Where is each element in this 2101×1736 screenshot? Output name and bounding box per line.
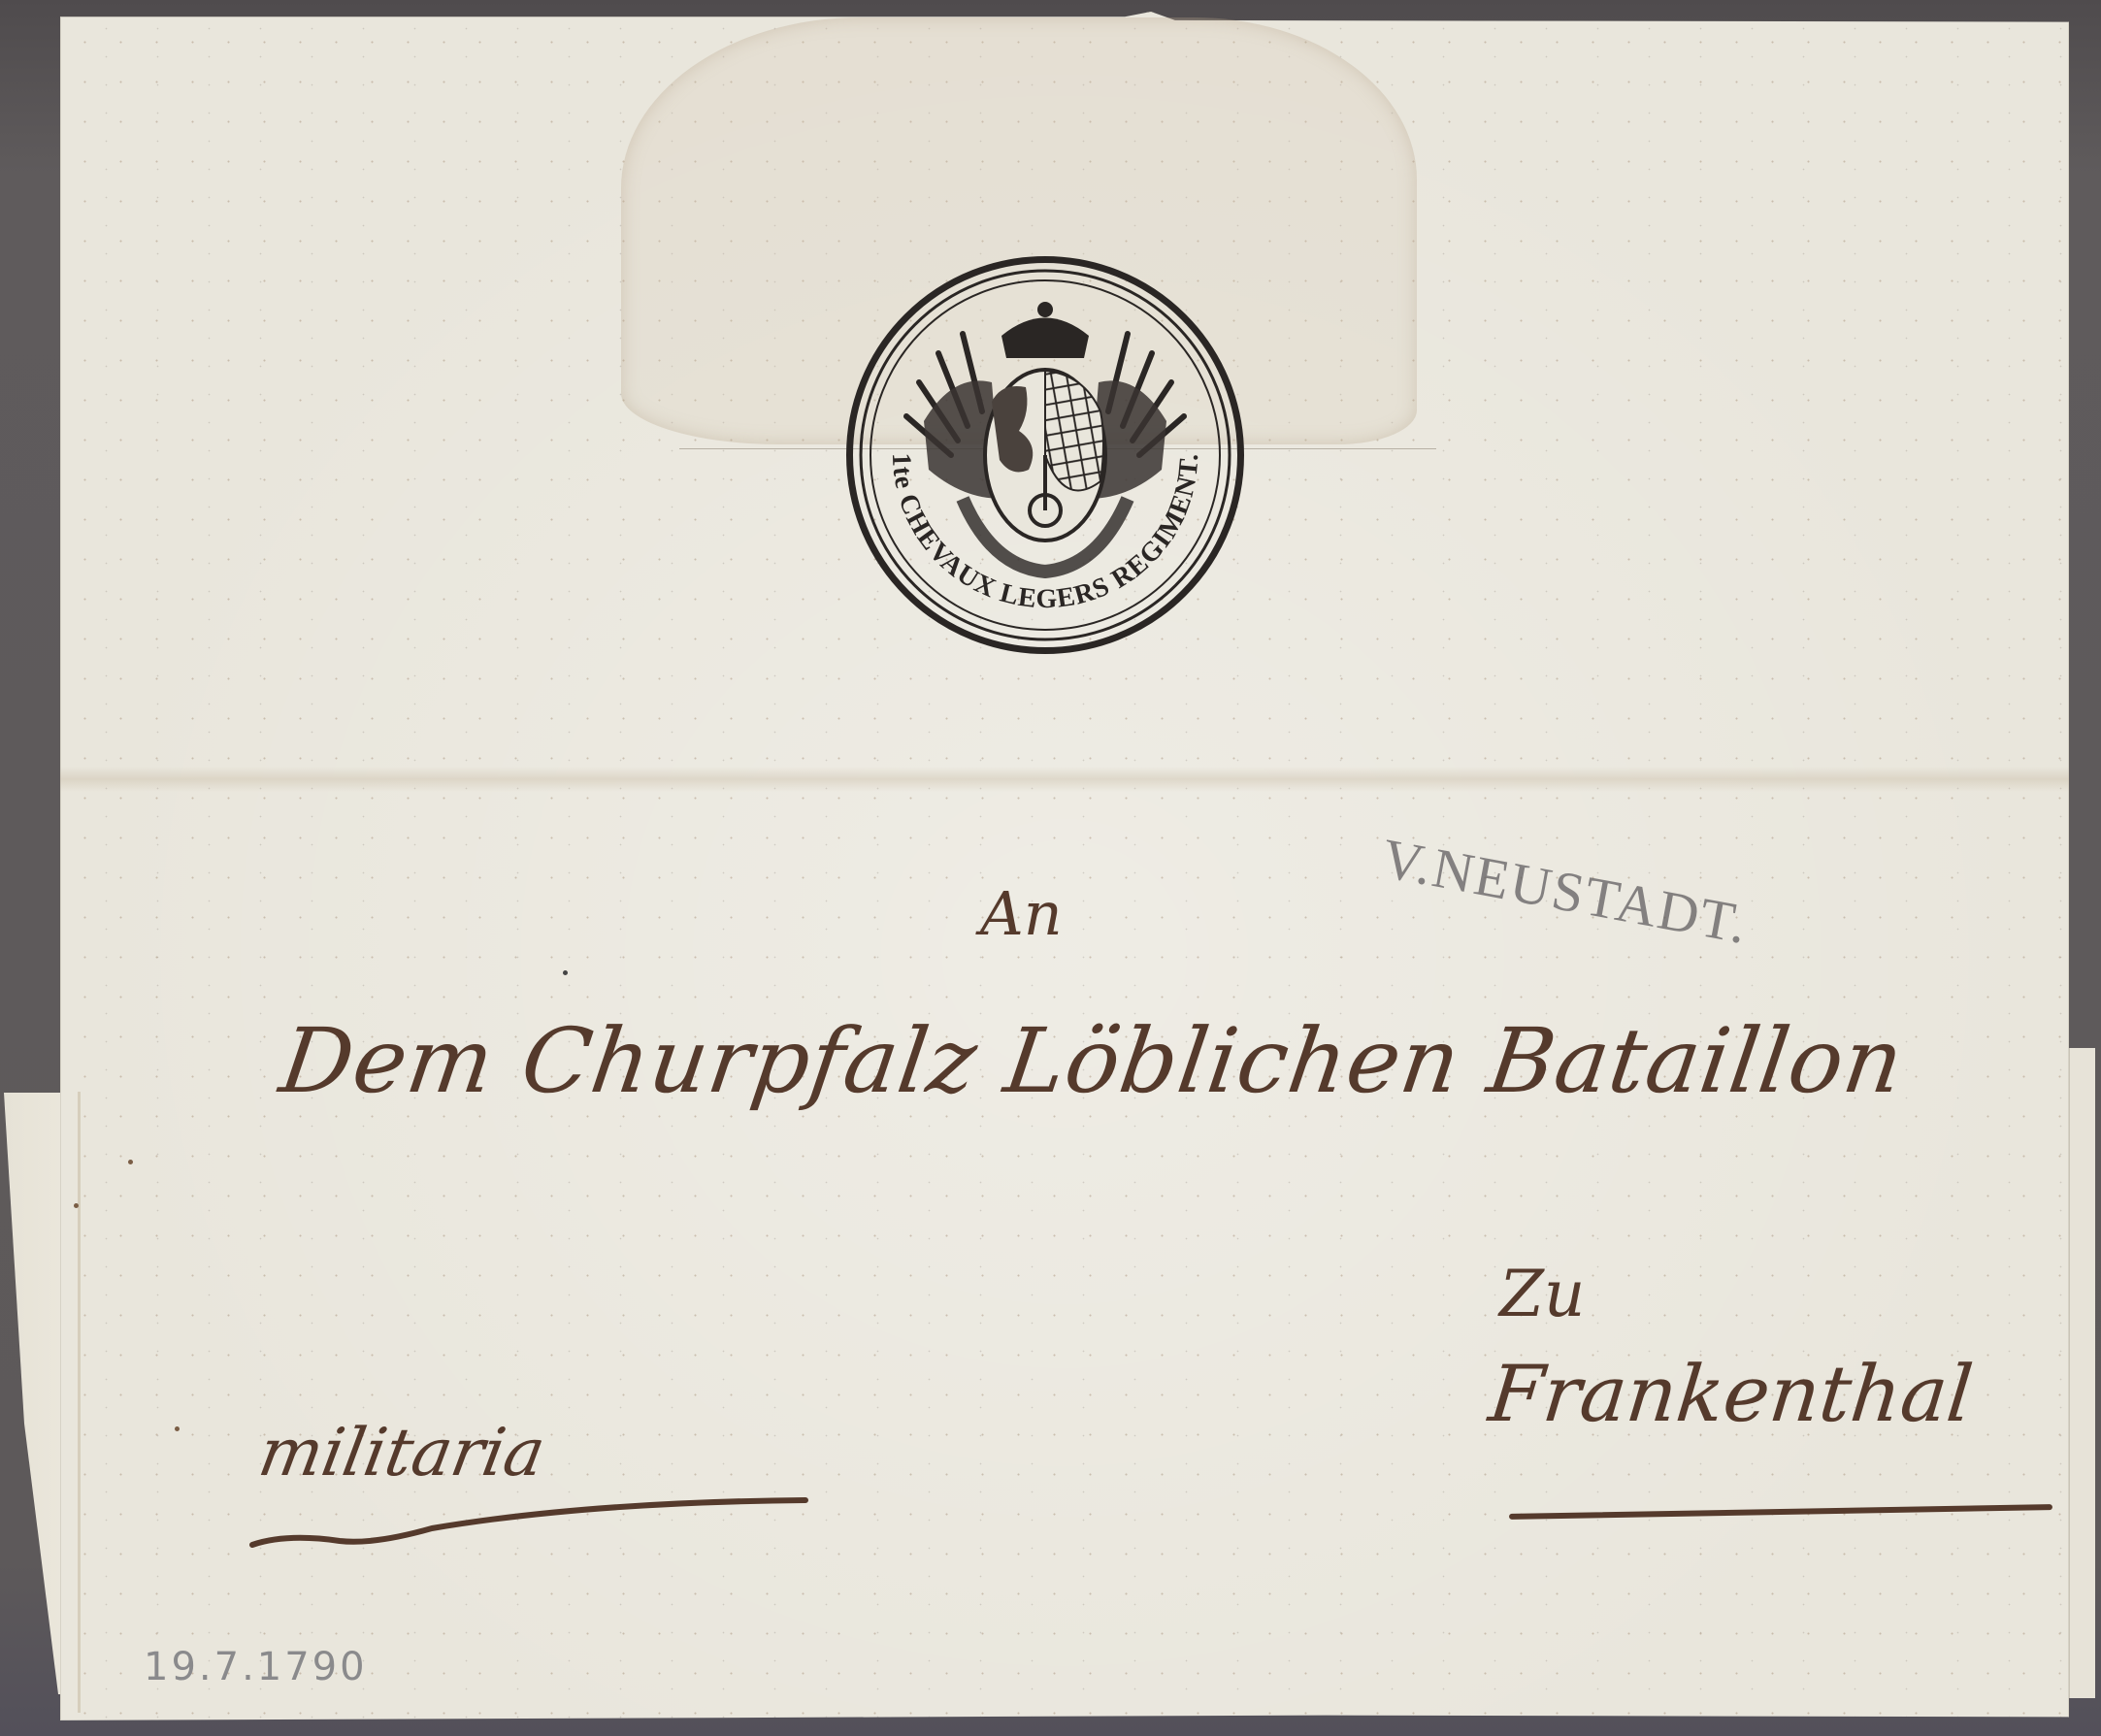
address-preposition: Zu bbox=[1499, 1257, 1585, 1331]
endorsement-militaria: militaria bbox=[253, 1415, 550, 1491]
paper-speck bbox=[74, 1203, 79, 1208]
paper-speck bbox=[128, 1160, 133, 1164]
folded-flap-right bbox=[2069, 1048, 2095, 1698]
address-city: Frankenthal bbox=[1485, 1349, 1977, 1439]
address-salutation: An bbox=[980, 878, 1063, 949]
fold-line-left bbox=[78, 1092, 81, 1713]
pencil-date-note: 19.7.1790 bbox=[144, 1645, 368, 1689]
seal-emblem-icon: 1te CHEVAUX LEGERS REGIMENT. bbox=[846, 256, 1244, 654]
paper-speck bbox=[563, 970, 568, 975]
fold-line-middle bbox=[60, 767, 2069, 792]
paper-speck bbox=[175, 1426, 180, 1431]
regimental-seal: 1te CHEVAUX LEGERS REGIMENT. bbox=[846, 256, 1244, 654]
endorsement-underline bbox=[247, 1494, 810, 1553]
address-recipient: Dem Churpfalz Löblichen Bataillon bbox=[274, 1009, 1910, 1113]
